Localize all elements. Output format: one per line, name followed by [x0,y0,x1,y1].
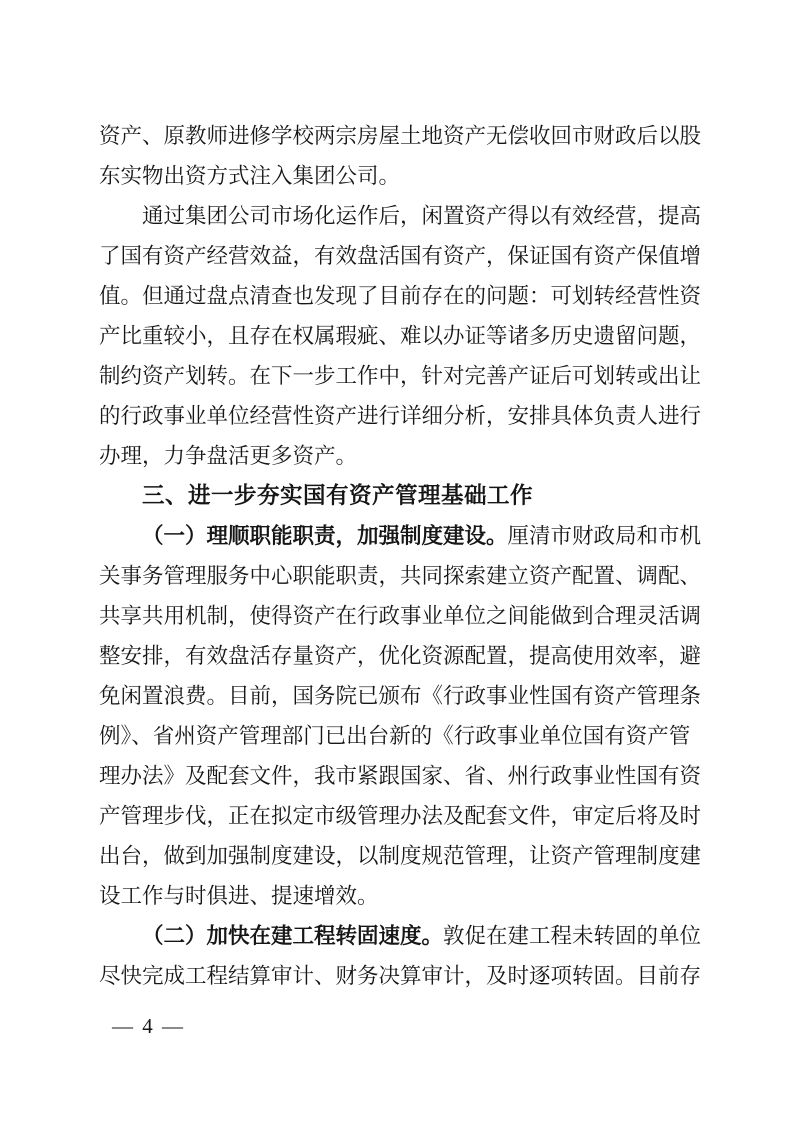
text-run: 尽快完成工程结算审计、财务决算审计，及时逐项转固。目前存 [99,964,701,988]
document-content: 资产、原教师进修学校两宗房屋土地资产无偿收回市财政后以股东实物出资方式注入集团公… [99,116,701,996]
paragraph: 通过集团公司市场化运作后，闲置资产得以有效经营，提高了国有资产经营效益，有效盘活… [99,196,701,476]
text-line: 整安排，有效盘活存量资产，优化资源配置，提高使用效率，避 [99,636,701,676]
bold-text-run: （一）理顺职能职责，加强制度建设。 [142,524,508,548]
text-run: 设工作与时俱进、提速增效。 [99,884,379,908]
text-line: （一）理顺职能职责，加强制度建设。厘清市财政局和市机 [99,516,701,556]
text-run: 东实物出资方式注入集团公司。 [99,164,400,188]
text-line: 共享共用机制，使得资产在行政事业单位之间能做到合理灵活调 [99,596,701,636]
text-line: 了国有资产经营效益，有效盘活国有资产，保证国有资产保值增 [99,236,701,276]
text-line: 三、进一步夯实国有资产管理基础工作 [99,476,701,516]
bold-text-run: （二）加快在建工程转固速度。 [142,924,443,948]
page-number: — 4 — [112,1012,185,1040]
text-run: 关事务管理服务中心职能职责，共同探索建立资产配置、调配、 [99,564,701,588]
text-line: 通过集团公司市场化运作后，闲置资产得以有效经营，提高 [99,196,701,236]
text-run: 厘清市财政局和市机 [508,524,702,548]
text-run: 了国有资产经营效益，有效盘活国有资产，保证国有资产保值增 [99,244,701,268]
text-run: 产管理步伐，正在拟定市级管理办法及配套文件，审定后将及时 [99,804,701,828]
text-line: 值。但通过盘点清查也发现了目前存在的问题：可划转经营性资 [99,276,701,316]
document-page: 资产、原教师进修学校两宗房屋土地资产无偿收回市财政后以股东实物出资方式注入集团公… [0,0,793,1122]
text-run: 敦促在建工程未转固的单位 [443,924,701,948]
text-run: 产比重较小，且存在权属瑕疵、难以办证等诸多历史遗留问题， [99,324,701,348]
text-run: 整安排，有效盘活存量资产，优化资源配置，提高使用效率，避 [99,644,701,668]
text-run: 通过集团公司市场化运作后，闲置资产得以有效经营，提高 [142,204,701,228]
text-line: 免闲置浪费。目前，国务院已颁布《行政事业性国有资产管理条 [99,676,701,716]
text-run: 免闲置浪费。目前，国务院已颁布《行政事业性国有资产管理条 [99,684,701,708]
text-line: 资产、原教师进修学校两宗房屋土地资产无偿收回市财政后以股 [99,116,701,156]
text-line: 出台，做到加强制度建设，以制度规范管理，让资产管理制度建 [99,836,701,876]
text-line: 办理，力争盘活更多资产。 [99,436,701,476]
text-line: 东实物出资方式注入集团公司。 [99,156,701,196]
text-line: 关事务管理服务中心职能职责，共同探索建立资产配置、调配、 [99,556,701,596]
paragraph: 资产、原教师进修学校两宗房屋土地资产无偿收回市财政后以股东实物出资方式注入集团公… [99,116,701,196]
text-run: 的行政事业单位经营性资产进行详细分析，安排具体负责人进行 [99,404,701,428]
section-heading: 三、进一步夯实国有资产管理基础工作 [99,476,701,516]
text-run: 理办法》及配套文件，我市紧跟国家、省、州行政事业性国有资 [99,764,701,788]
text-line: 例》、省州资产管理部门已出台新的《行政事业单位国有资产管 [99,716,701,756]
text-line: 设工作与时俱进、提速增效。 [99,876,701,916]
text-line: 制约资产划转。在下一步工作中，针对完善产证后可划转或出让 [99,356,701,396]
text-run: 出台，做到加强制度建设，以制度规范管理，让资产管理制度建 [99,844,701,868]
text-run: 办理，力争盘活更多资产。 [99,444,357,468]
text-run: 共享共用机制，使得资产在行政事业单位之间能做到合理灵活调 [99,604,701,628]
text-run: 资产、原教师进修学校两宗房屋土地资产无偿收回市财政后以股 [99,124,701,148]
paragraph: （二）加快在建工程转固速度。敦促在建工程未转固的单位尽快完成工程结算审计、财务决… [99,916,701,996]
text-line: 产比重较小，且存在权属瑕疵、难以办证等诸多历史遗留问题， [99,316,701,356]
paragraph: （一）理顺职能职责，加强制度建设。厘清市财政局和市机关事务管理服务中心职能职责，… [99,516,701,916]
text-line: 理办法》及配套文件，我市紧跟国家、省、州行政事业性国有资 [99,756,701,796]
text-line: 产管理步伐，正在拟定市级管理办法及配套文件，审定后将及时 [99,796,701,836]
text-run: 例》、省州资产管理部门已出台新的《行政事业单位国有资产管 [99,724,690,748]
text-run: 值。但通过盘点清查也发现了目前存在的问题：可划转经营性资 [99,284,701,308]
text-line: 的行政事业单位经营性资产进行详细分析，安排具体负责人进行 [99,396,701,436]
bold-text-run: 三、进一步夯实国有资产管理基础工作 [142,483,533,508]
text-run: 制约资产划转。在下一步工作中，针对完善产证后可划转或出让 [99,364,701,388]
text-line: （二）加快在建工程转固速度。敦促在建工程未转固的单位 [99,916,701,956]
text-line: 尽快完成工程结算审计、财务决算审计，及时逐项转固。目前存 [99,956,701,996]
